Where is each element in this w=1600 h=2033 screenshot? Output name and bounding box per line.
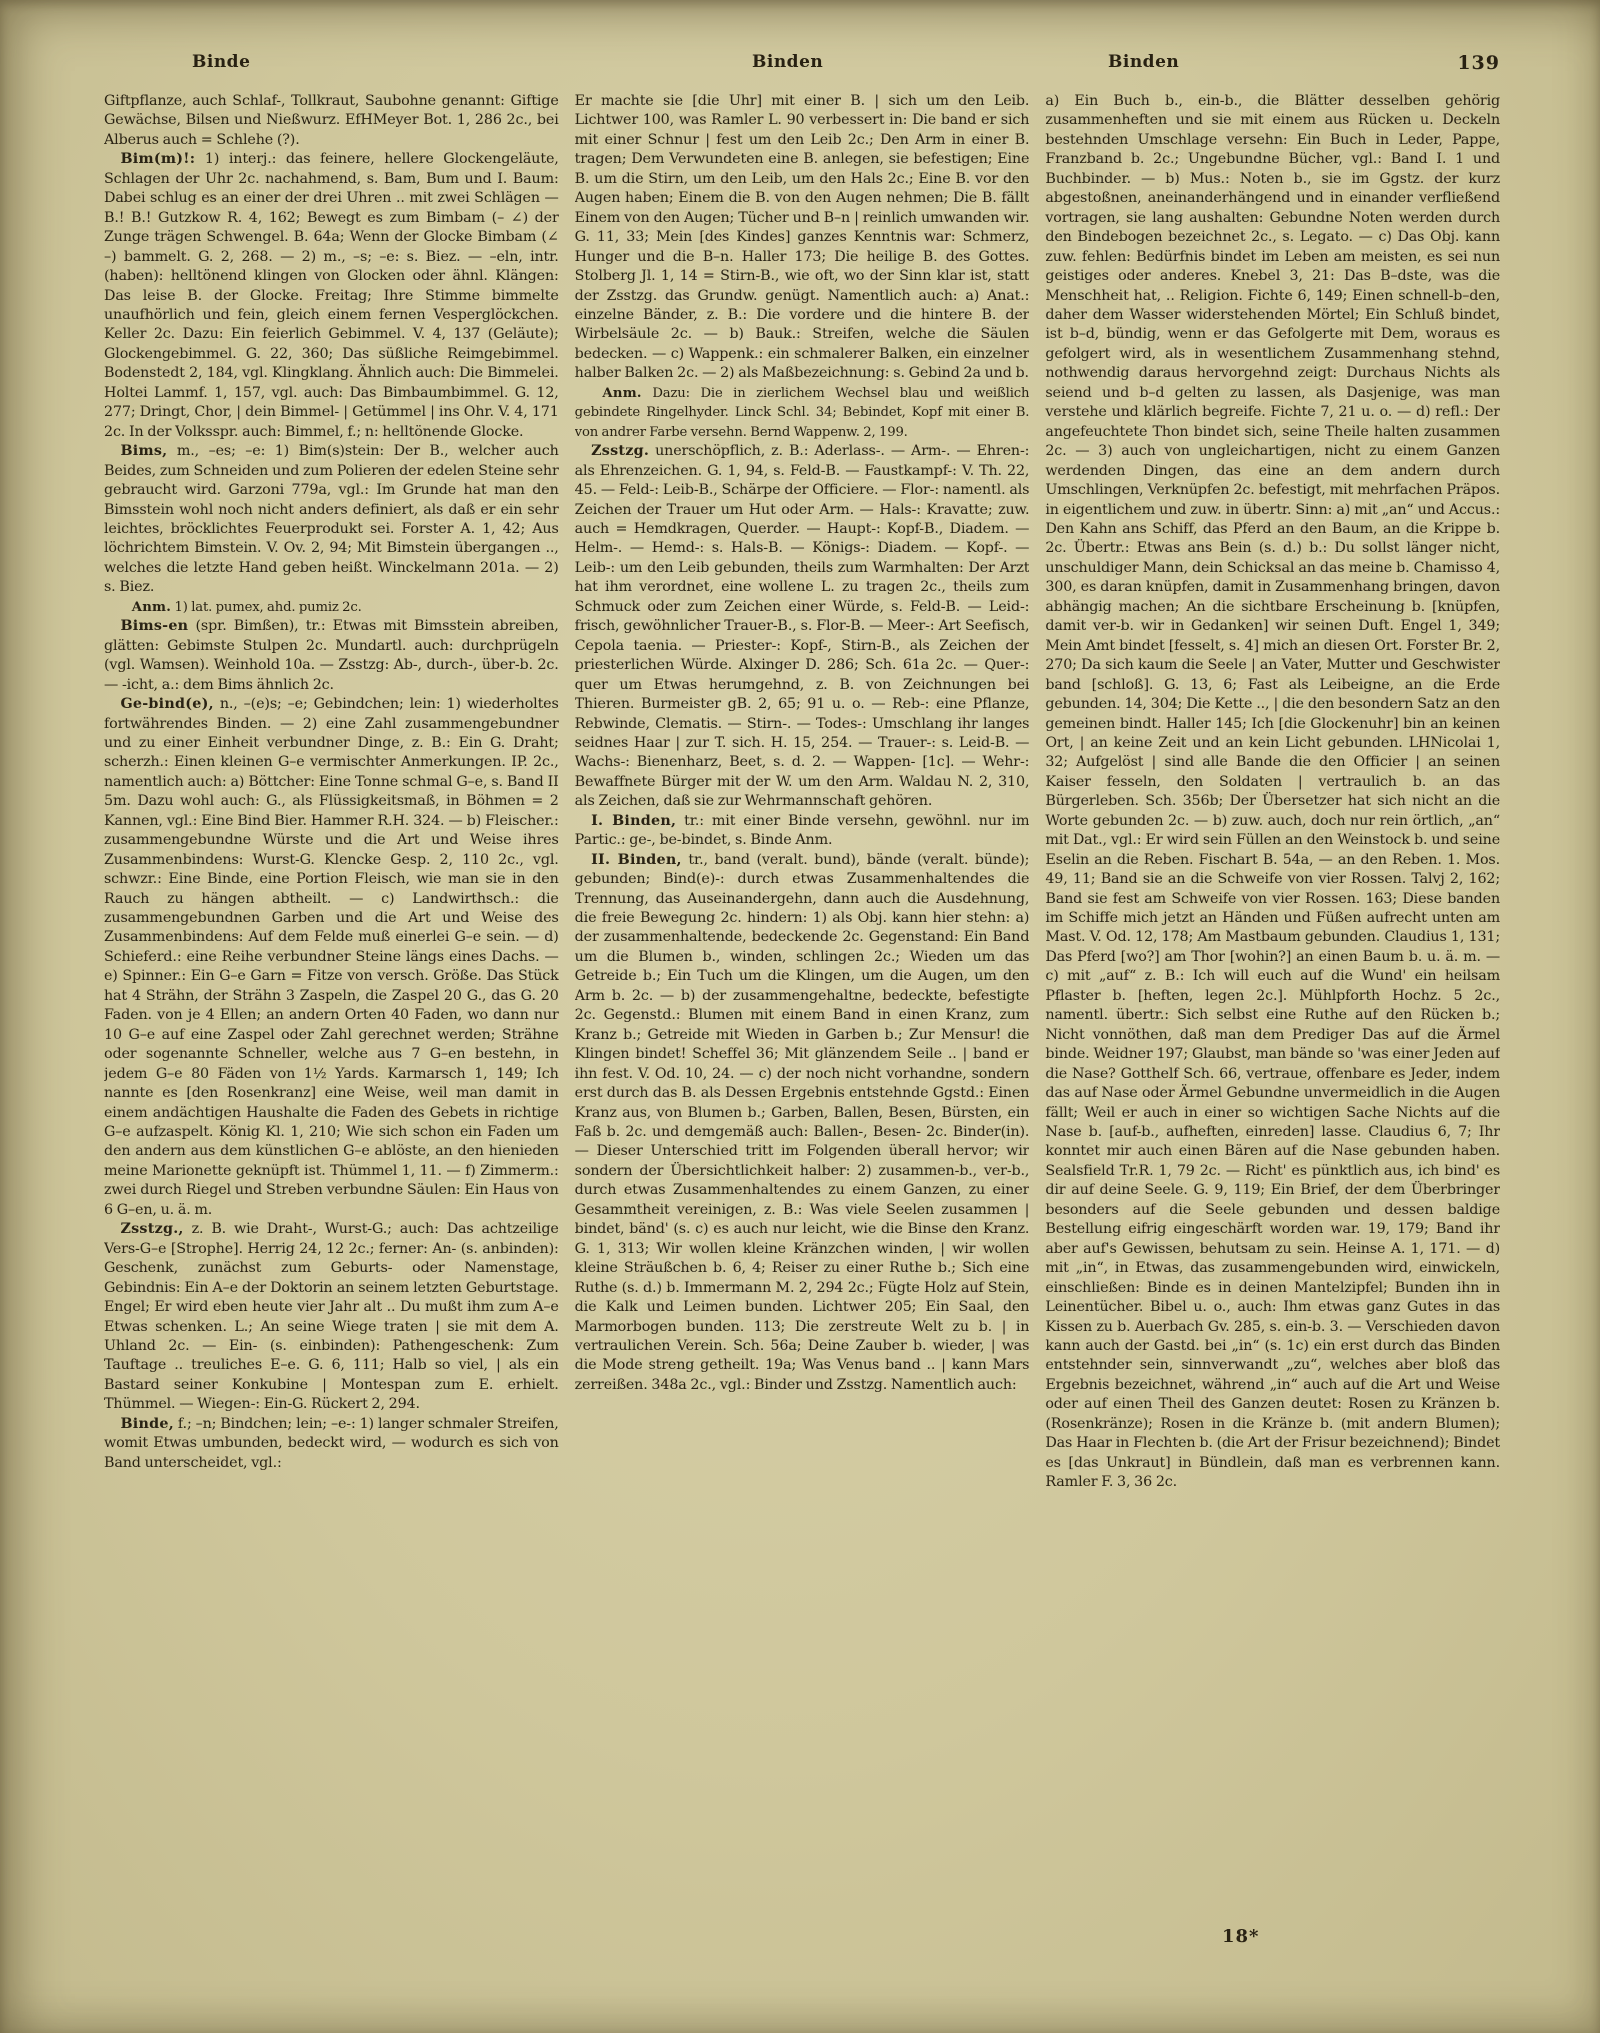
headword: Bim(m)!:: [120, 151, 195, 167]
entry-text: n., –(e)s; –e; Gebindchen; lein: 1) wied…: [104, 696, 559, 1218]
entry-text: tr., band (veralt. bund), bände (veralt.…: [575, 852, 1030, 1393]
entry-text: z. B. wie Draht-, Wurst-G.; auch: Das ac…: [104, 1221, 559, 1412]
running-head-left: Binde: [192, 52, 250, 72]
entry-binden-2-continuation: a) Ein Buch b., ein-b., die Blätter dess…: [1045, 92, 1500, 1493]
sheet-signature: 18*: [1222, 1926, 1259, 1947]
entry-text: Er machte sie [die Uhr] mit einer B. | s…: [575, 93, 1030, 381]
entry-binde-anmerkung: Anm. Dazu: Die in zierlichem Wechsel bla…: [575, 384, 1030, 442]
entry-bims-anmerkung: Anm. 1) lat. pumex, ahd. pumiz 2c.: [104, 598, 559, 617]
entry-binde: Binde, f.; –n; Bindchen; lein; –e-: 1) l…: [104, 1415, 559, 1473]
headword: Anm.: [602, 386, 641, 401]
headword: I. Binden,: [591, 813, 676, 829]
running-head-center: Binden: [752, 52, 823, 72]
headword: Zsstzg.: [591, 443, 649, 459]
dictionary-page-scan: Binde Binden Binden 139 Giftpflanze, auc…: [0, 0, 1600, 2033]
entry-text: a) Ein Buch b., ein-b., die Blätter dess…: [1045, 93, 1500, 1490]
entry-bimm: Bim(m)!: 1) interj.: das feinere, heller…: [104, 150, 559, 442]
entry-binde-continuation: Er machte sie [die Uhr] mit einer B. | s…: [575, 92, 1030, 384]
headword: Bims-en: [120, 618, 188, 634]
running-head: Binde Binden Binden 139: [0, 52, 1600, 80]
headword: II. Binden,: [591, 852, 682, 868]
entry-bimsen: Bims-en (spr. Bimßen), tr.: Etwas mit Bi…: [104, 617, 559, 695]
page-number: 139: [1457, 52, 1500, 74]
entry-text: Giftpflanze, auch Schlaf-, Tollkraut, Sa…: [104, 93, 559, 148]
entry-binden-1: I. Binden, tr.: mit einer Binde versehn,…: [575, 812, 1030, 851]
entry-text: unerschöpflich, z. B.: Aderlass-. — Arm-…: [575, 443, 1030, 809]
entry-binden-2: II. Binden, tr., band (veralt. bund), bä…: [575, 851, 1030, 1396]
entry-text: 1) interj.: das feinere, hellere Glocken…: [104, 151, 559, 439]
headword: Zsstzg.,: [120, 1221, 183, 1237]
headword: Anm.: [132, 600, 171, 615]
column-middle: Er machte sie [die Uhr] mit einer B. | s…: [575, 92, 1030, 2004]
entry-gebinde-zsstzg: Zsstzg., z. B. wie Draht-, Wurst-G.; auc…: [104, 1220, 559, 1415]
entry-text: m., –es; –e: 1) Bim(s)stein: Der B., wel…: [104, 443, 559, 595]
column-right: a) Ein Buch b., ein-b., die Blätter dess…: [1045, 92, 1500, 2004]
headword: Binde,: [120, 1416, 173, 1432]
entry-text: Dazu: Die in zierlichem Wechsel blau und…: [575, 386, 1030, 440]
entry-bims: Bims, m., –es; –e: 1) Bim(s)stein: Der B…: [104, 442, 559, 598]
headword: Bims,: [120, 443, 167, 459]
entry-text: 1) lat. pumex, ahd. pumiz 2c.: [171, 600, 362, 615]
running-head-right: Binden: [1108, 52, 1179, 72]
headword: Ge-bind(e),: [120, 696, 213, 712]
column-left: Giftpflanze, auch Schlaf-, Tollkraut, Sa…: [104, 92, 559, 2004]
entry-giftpflanze-continuation: Giftpflanze, auch Schlaf-, Tollkraut, Sa…: [104, 92, 559, 150]
entry-gebinde: Ge-bind(e), n., –(e)s; –e; Gebindchen; l…: [104, 695, 559, 1220]
entry-binde-zsstzg: Zsstzg. unerschöpflich, z. B.: Aderlass-…: [575, 442, 1030, 812]
text-area: Giftpflanze, auch Schlaf-, Tollkraut, Sa…: [104, 92, 1500, 2004]
